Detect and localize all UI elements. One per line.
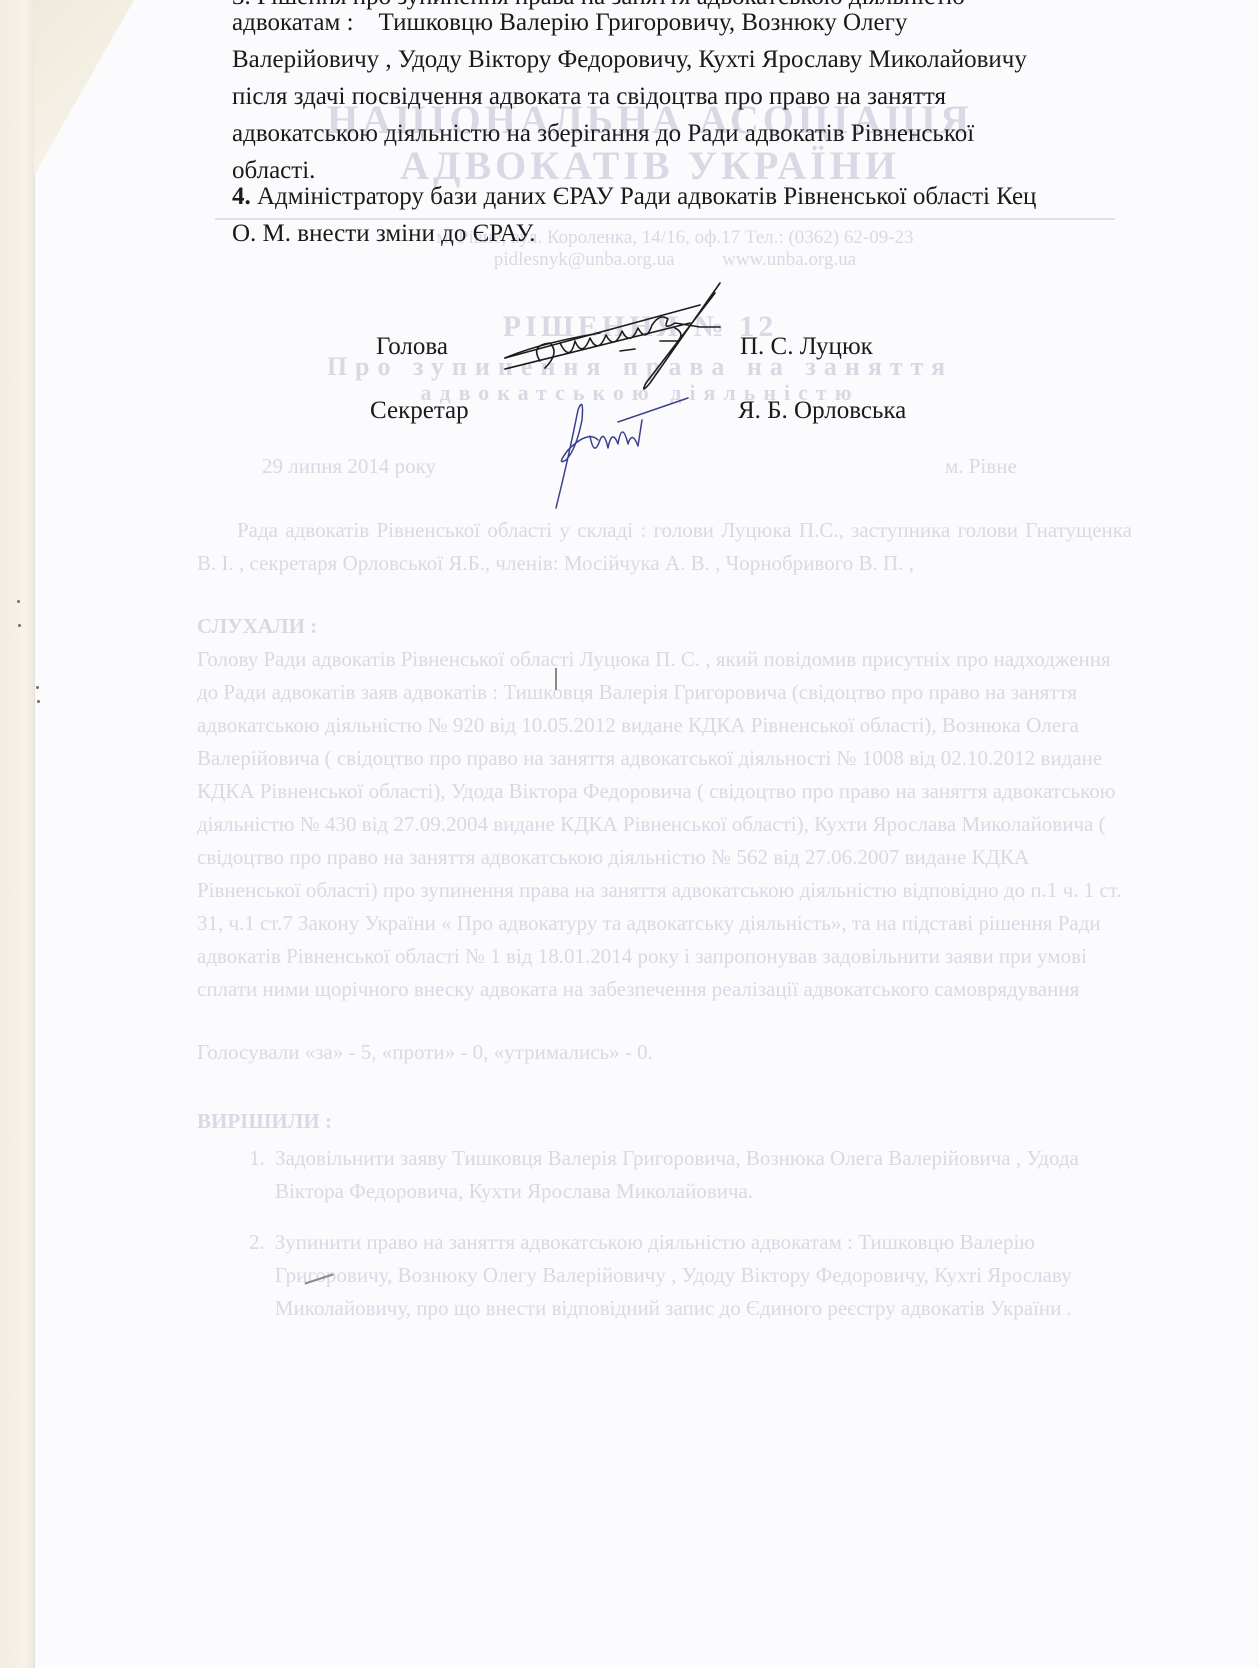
- item-3-line: Валерійовичу , Удоду Віктору Федоровичу,…: [232, 43, 1027, 76]
- item-3-line: адвокатам : Тишковцю Валерію Григоровичу…: [232, 6, 1027, 39]
- ghost-date: 29 липня 2014 року: [262, 456, 436, 477]
- chairman-name: П. С. Луцюк: [740, 333, 873, 361]
- scan-speck: [17, 600, 20, 603]
- secretary-signature: [548, 400, 688, 510]
- ghost-heard-heading: СЛУХАЛИ :: [197, 610, 1132, 643]
- scan-speck: [36, 686, 39, 689]
- chairman-role: Голова: [376, 333, 448, 361]
- item-4-line: 4. Адміністратору бази даних ЄРАУ Ради а…: [232, 180, 1036, 213]
- ghost-vote: Голосували «за» - 5, «проти» - 0, «утрим…: [197, 1036, 1132, 1069]
- item-3-line: адвокатською діяльністю на зберігання до…: [232, 117, 1027, 150]
- ghost-decision-number: 1.: [197, 1142, 275, 1208]
- item-3-line: після здачі посвідчення адвоката та свід…: [232, 80, 1027, 113]
- ghost-decision-text: Зупинити право на заняття адвокатською д…: [275, 1226, 1132, 1325]
- scanner-margin: [0, 0, 36, 1668]
- ghost-heard-text: Голову Ради адвокатів Рівненської област…: [197, 643, 1132, 1006]
- ghost-city: м. Рівне: [945, 456, 1017, 477]
- scan-speck: [555, 668, 557, 690]
- ghost-intro: Рада адвокатів Рівненської області у скл…: [197, 514, 1132, 580]
- item-3: адвокатам : Тишковцю Валерію Григоровичу…: [232, 6, 1027, 187]
- ghost-decision-1: 1. Задовільнити заяву Тишковця Валерія Г…: [197, 1142, 1132, 1208]
- ghost-body: Рада адвокатів Рівненської області у скл…: [197, 514, 1132, 1325]
- scan-speck: [18, 624, 21, 627]
- item-4-text: Адміністратору бази даних ЄРАУ Ради адво…: [251, 183, 1037, 210]
- ghost-decision-2: 2. Зупинити право на заняття адвокатсько…: [197, 1226, 1132, 1325]
- ghost-decision-number: 2.: [197, 1226, 275, 1325]
- item-4-number: 4.: [232, 183, 251, 210]
- chairman-signature: [500, 283, 740, 413]
- ghost-contacts: pidlesnyk@unba.org.ua www.unba.org.ua: [250, 250, 1100, 269]
- secretary-role: Секретар: [370, 397, 469, 425]
- item-4-line: О. М. внести зміни до ЄРАУ.: [232, 217, 1036, 250]
- ghost-decision-text: Задовільнити заяву Тишковця Валерія Григ…: [275, 1142, 1095, 1208]
- scan-speck: [37, 700, 40, 703]
- item-4: 4. Адміністратору бази даних ЄРАУ Ради а…: [232, 180, 1036, 250]
- secretary-name: Я. Б. Орловська: [738, 397, 906, 425]
- ghost-decided-heading: ВИРІШИЛИ :: [197, 1105, 1132, 1138]
